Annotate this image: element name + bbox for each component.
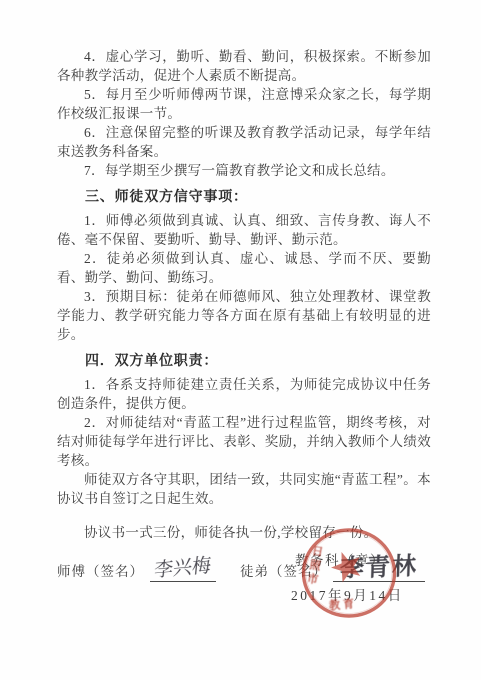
seal-text-fragment-bottom: 教育 (328, 595, 357, 613)
clause-item-4: 4．虚心学习，勤听、勤看、勤问，积极探索。不断参加各种教学活动，促进个人素质不断… (57, 47, 431, 85)
document-text-block: 4．虚心学习，勤听、勤看、勤问，积极探索。不断参加各种教学活动，促进个人素质不断… (57, 47, 431, 582)
master-signature-label: 师傅（签名） (57, 562, 144, 582)
section-3-item-1: 1．师傅必须做到真诚、认真、细致、言传身教、诲人不倦、毫不保留、要勤听、勤导、勤… (57, 211, 431, 249)
closing-effectiveness-clause: 师徒双方各守其职，团结一致，共同实施“青蓝工程”。本协议书自签订之日起生效。 (57, 470, 431, 508)
clause-item-7: 7．每学期至少撰写一篇教育教学论文和成长总结。 (57, 161, 431, 180)
section-3-item-3: 3．预期目标：徒弟在师德师风、独立处理教材、课堂教学能力、教学研究能力等各方面在… (57, 287, 431, 344)
section-4-item-2: 2．对师徒结对“青蓝工程”进行过程监管，期终考核，对结对师徒每学年进行评比、表彰… (57, 413, 431, 470)
section-4-item-1: 1．各系支持师徒建立责任关系，为师徒完成协议中任务创造条件，提供方便。 (57, 375, 431, 413)
master-handwritten-signature: 李兴梅 (154, 556, 213, 581)
clause-item-5: 5．每月至少听师傅两节课，注意博采众家之长，每学期作校级汇报课一节。 (57, 85, 431, 123)
section-3-item-2: 2．徒弟必须做到认真、虚心、诚恳、学而不厌、要勤看、勤学、勤问、勤练习。 (57, 249, 431, 287)
scanned-agreement-page: 4．虚心学习，勤听、勤看、勤问，积极探索。不断参加各种教学活动，促进个人素质不断… (0, 0, 481, 680)
clause-item-6: 6．注意保留完整的听课及教育教学活动记录，每学年结束送教务科备案。 (57, 123, 431, 161)
master-signature-line: 李兴梅 (150, 555, 216, 582)
section-4-heading: 四．双方单位职责： (57, 351, 431, 370)
section-3-heading: 三、师徒双方信守事项： (57, 187, 431, 206)
